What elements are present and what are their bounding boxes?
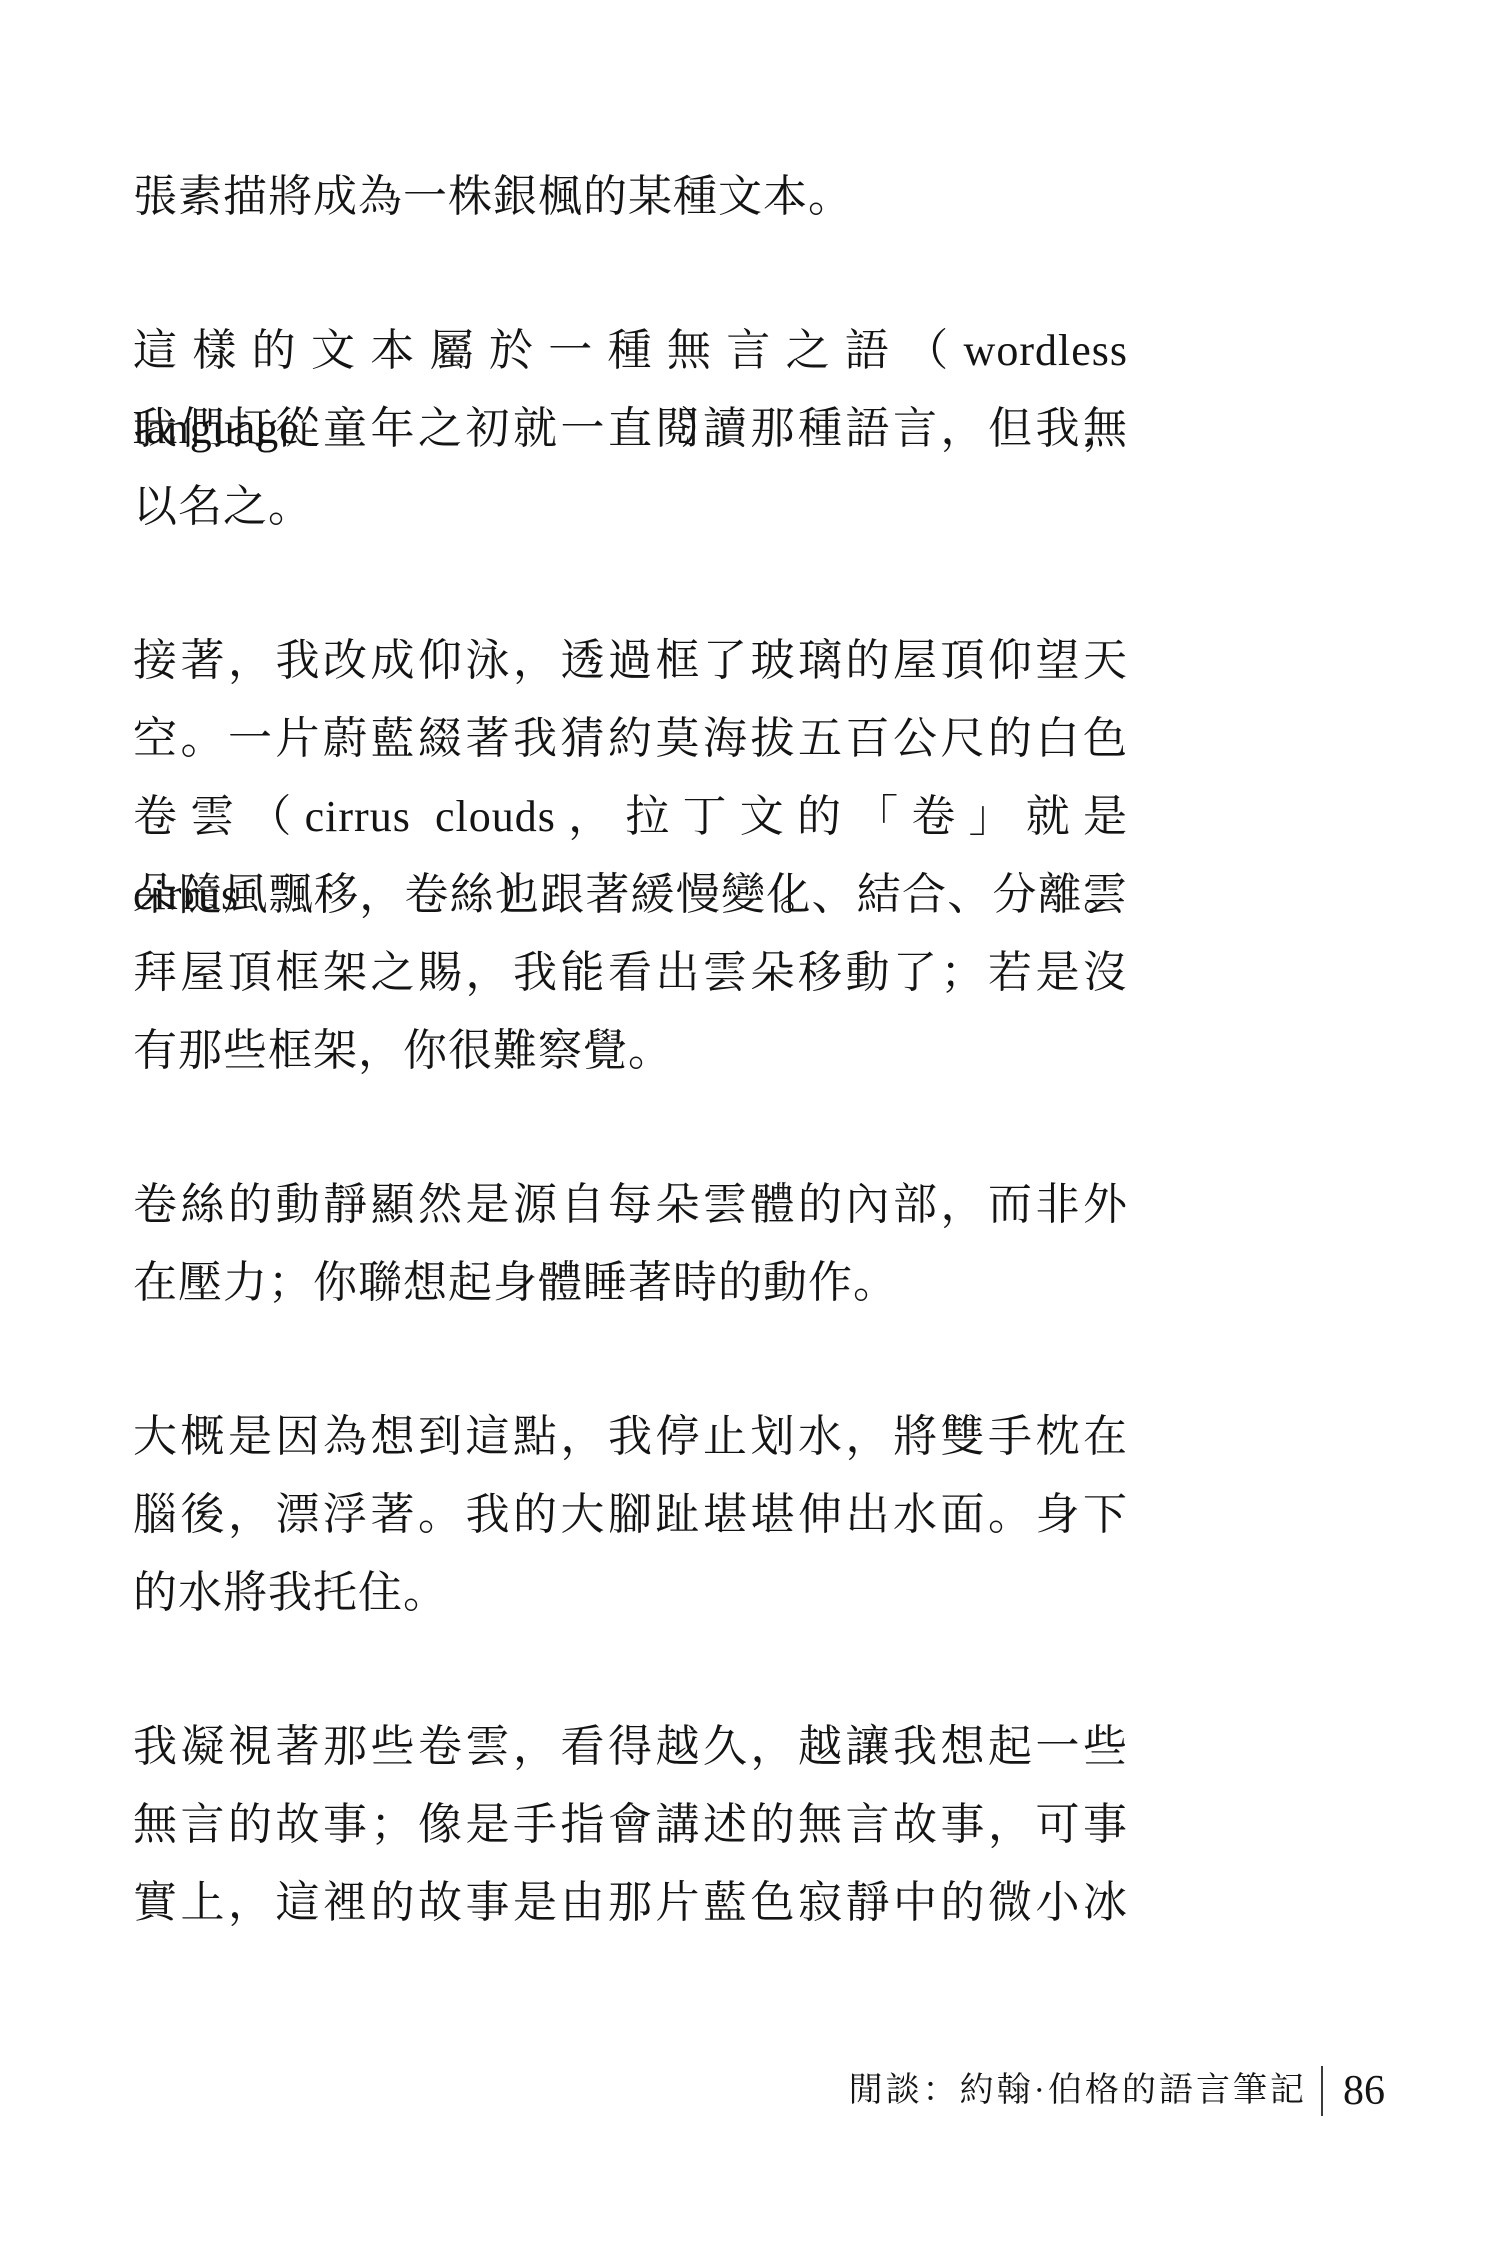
text-line: 空。一片蔚藍綴著我猜約莫海拔五百公尺的白色	[133, 700, 1128, 778]
text-line: 以名之。	[133, 468, 1128, 546]
footer-divider	[1321, 2066, 1323, 2116]
text-line: 的水將我托住。	[133, 1554, 1128, 1632]
text-line: 卷雲（cirrus clouds，拉丁文的「卷」就是 cirrus）。雲	[133, 778, 1128, 856]
text-line: 有那些框架，你很難察覺。	[133, 1012, 1128, 1090]
paragraph: 張素描將成為一株銀楓的某種文本。	[133, 158, 1128, 236]
text-line: 拜屋頂框架之賜，我能看出雲朵移動了；若是沒	[133, 934, 1128, 1012]
text-line: 無言的故事；像是手指會講述的無言故事，可事	[133, 1786, 1128, 1864]
book-page: 張素描將成為一株銀楓的某種文本。這樣的文本屬於一種無言之語（wordless l…	[0, 0, 1512, 2244]
text-line: 我們打從童年之初就一直閱讀那種語言，但我無	[133, 390, 1128, 468]
text-line: 張素描將成為一株銀楓的某種文本。	[133, 158, 1128, 236]
paragraph: 我凝視著那些卷雲，看得越久，越讓我想起一些無言的故事；像是手指會講述的無言故事，…	[133, 1708, 1128, 1942]
text-line: 實上，這裡的故事是由那片藍色寂靜中的微小冰	[133, 1864, 1128, 1942]
text-line: 腦後，漂浮著。我的大腳趾堪堪伸出水面。身下	[133, 1476, 1128, 1554]
text-line: 我凝視著那些卷雲，看得越久，越讓我想起一些	[133, 1708, 1128, 1786]
text-line: 這樣的文本屬於一種無言之語（wordless language），	[133, 312, 1128, 390]
paragraph: 接著，我改成仰泳，透過框了玻璃的屋頂仰望天空。一片蔚藍綴著我猜約莫海拔五百公尺的…	[133, 622, 1128, 1090]
text-line: 卷絲的動靜顯然是源自每朵雲體的內部，而非外	[133, 1166, 1128, 1244]
text-line: 接著，我改成仰泳，透過框了玻璃的屋頂仰望天	[133, 622, 1128, 700]
paragraph: 大概是因為想到這點，我停止划水，將雙手枕在腦後，漂浮著。我的大腳趾堪堪伸出水面。…	[133, 1398, 1128, 1632]
text-line: 大概是因為想到這點，我停止划水，將雙手枕在	[133, 1398, 1128, 1476]
paragraph: 這樣的文本屬於一種無言之語（wordless language），我們打從童年之…	[133, 312, 1128, 546]
footer: 閒談：約翰·伯格的語言筆記 86	[849, 2063, 1385, 2119]
running-title: 閒談：約翰·伯格的語言筆記	[849, 2063, 1307, 2119]
page-number: 86	[1343, 2063, 1385, 2119]
paragraph: 卷絲的動靜顯然是源自每朵雲體的內部，而非外在壓力；你聯想起身體睡著時的動作。	[133, 1166, 1128, 1322]
content: 張素描將成為一株銀楓的某種文本。這樣的文本屬於一種無言之語（wordless l…	[133, 158, 1128, 1942]
text-line: 朵隨風飄移，卷絲也跟著緩慢變化、結合、分離。	[133, 856, 1128, 934]
text-line: 在壓力；你聯想起身體睡著時的動作。	[133, 1244, 1128, 1322]
